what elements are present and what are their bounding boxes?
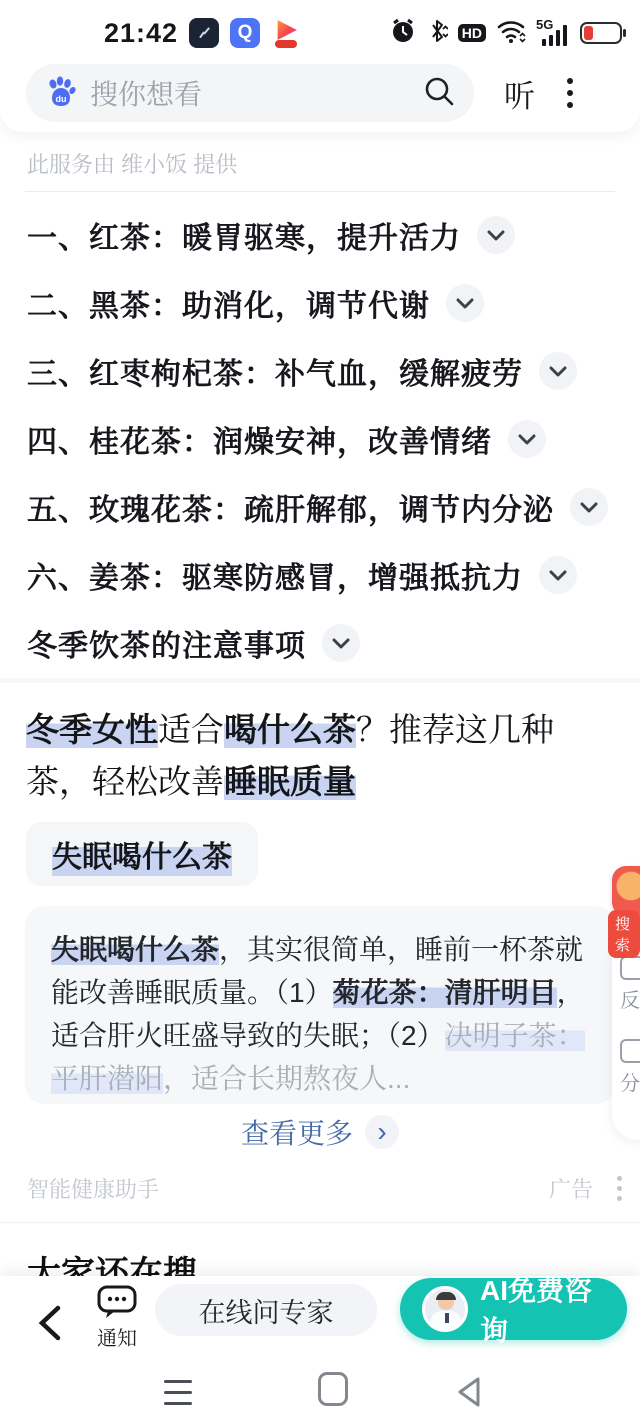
status-bar-right: HD 5G <box>390 18 622 49</box>
svg-text:du: du <box>56 94 67 104</box>
feedback-icon <box>620 956 640 980</box>
doctor-avatar <box>422 1286 468 1332</box>
list-item-label: 四、桂花茶：润燥安神，改善情绪 <box>27 417 492 461</box>
red-packet-float-icon[interactable] <box>612 866 640 916</box>
ai-consult-button[interactable]: AI免费咨询 <box>400 1278 627 1340</box>
list-item[interactable]: 三、红枣枸杞茶：补气血，缓解疲劳 <box>27 337 622 405</box>
result-menu-icon[interactable] <box>613 1172 626 1205</box>
list-item-label: 二、黑茶：助消化，调节代谢 <box>27 281 430 325</box>
android-back-button[interactable] <box>452 1374 486 1415</box>
divider <box>25 191 615 192</box>
list-item[interactable]: 冬季饮茶的注意事项 <box>27 609 622 677</box>
list-item-label: 六、姜茶：驱寒防感冒，增强抵抗力 <box>27 553 523 597</box>
list-item-label: 冬季饮茶的注意事项 <box>27 621 306 665</box>
search-placeholder: 搜你想看 <box>90 73 422 113</box>
search-row: du 搜你想看 听 <box>26 64 624 122</box>
chevron-down-icon[interactable] <box>446 284 484 322</box>
title-keyword: 喝什么茶 <box>224 711 356 748</box>
battery-low-icon <box>580 22 622 44</box>
result-source: 智能健康助手 <box>27 1173 159 1204</box>
chevron-down-icon[interactable] <box>570 488 608 526</box>
topic-tag-button[interactable]: 失眠喝什么茶 <box>26 822 258 886</box>
chevron-down-icon[interactable] <box>539 352 577 390</box>
signal-5g-icon: 5G <box>536 20 570 46</box>
share-button[interactable]: 分 <box>620 1039 640 1096</box>
list-item-label: 一、红茶：暖胃驱寒，提升活力 <box>27 213 461 257</box>
notifications-button[interactable]: 通知 <box>84 1284 150 1351</box>
article-snippet-card[interactable]: 失眠喝什么茶，其实很简单，睡前一杯茶就能改善睡眠质量。（1）菊花茶：清肝明目，适… <box>25 906 615 1104</box>
service-provider-note: 此服务由 维小饭 提供 <box>27 148 237 179</box>
status-bar: 21:42 Q HD 5G <box>0 14 640 52</box>
video-app-notification-icon <box>271 18 301 48</box>
ad-badge: 广告 <box>549 1173 593 1204</box>
snippet-text-faded: ，适合长期熬夜人... <box>163 1063 410 1094</box>
view-more-label: 查看更多 <box>241 1112 353 1152</box>
article-title[interactable]: 冬季女性适合喝什么茶？推荐这几种茶，轻松改善睡眠质量 <box>26 704 574 808</box>
snippet-keyword: 菊花茶：清肝明目 <box>333 977 557 1008</box>
ai-consult-label: AI免费咨询 <box>480 1269 617 1349</box>
alarm-icon <box>390 18 416 49</box>
share-icon <box>620 1039 640 1063</box>
speech-bubble-icon <box>96 1284 138 1320</box>
search-badge: 搜索 <box>608 910 640 958</box>
ask-expert-label: 在线问专家 <box>199 1291 334 1330</box>
feedback-label: 反 <box>620 984 640 1013</box>
section-separator <box>0 678 640 683</box>
hd-voice-icon: HD <box>458 24 486 42</box>
search-icon[interactable] <box>422 74 456 113</box>
divider <box>0 1222 640 1223</box>
listen-button[interactable]: 听 <box>504 71 535 116</box>
clock-app-notification-icon <box>189 18 219 48</box>
home-button[interactable] <box>318 1372 348 1406</box>
floating-tool-panel: 反 分 <box>612 934 640 1140</box>
list-item[interactable]: 一、红茶：暖胃驱寒，提升活力 <box>27 201 622 269</box>
bottom-action-bar: 通知 在线问专家 AI免费咨询 <box>0 1276 640 1422</box>
qa-accordion-list: 一、红茶：暖胃驱寒，提升活力 二、黑茶：助消化，调节代谢 三、红枣枸杞茶：补气血… <box>27 201 622 677</box>
list-item[interactable]: 五、玫瑰花茶：疏肝解郁，调节内分泌 <box>27 473 622 541</box>
snippet-keyword: 失眠喝什么茶 <box>51 934 219 965</box>
result-footer: 智能健康助手 广告 <box>27 1172 626 1205</box>
bluetooth-icon <box>426 18 448 49</box>
baidu-search-results-page: 21:42 Q HD 5G <box>0 0 640 1422</box>
overflow-menu-icon[interactable] <box>563 74 577 112</box>
list-item[interactable]: 四、桂花茶：润燥安神，改善情绪 <box>27 405 622 473</box>
feedback-button[interactable]: 反 <box>620 956 640 1013</box>
notifications-label: 通知 <box>97 1322 137 1351</box>
chevron-down-icon[interactable] <box>508 420 546 458</box>
share-label: 分 <box>620 1067 640 1096</box>
topic-tag-label: 失眠喝什么茶 <box>52 832 232 876</box>
clock-time: 21:42 <box>104 18 178 49</box>
list-item-label: 五、玫瑰花茶：疏肝解郁，调节内分泌 <box>27 485 554 529</box>
chat-app-notification-icon: Q <box>230 18 260 48</box>
header-card: 21:42 Q HD 5G <box>0 0 640 132</box>
list-item-label: 三、红枣枸杞茶：补气血，缓解疲劳 <box>27 349 523 393</box>
chevron-down-icon[interactable] <box>539 556 577 594</box>
view-more-button[interactable]: 查看更多 › <box>0 1112 640 1152</box>
android-navigation-bar <box>0 1362 640 1418</box>
back-button[interactable] <box>28 1298 70 1353</box>
chevron-right-icon: › <box>365 1115 399 1149</box>
article-snippet-text: 失眠喝什么茶，其实很简单，睡前一杯茶就能改善睡眠质量。（1）菊花茶：清肝明目，适… <box>51 928 589 1100</box>
list-item[interactable]: 六、姜茶：驱寒防感冒，增强抵抗力 <box>27 541 622 609</box>
chevron-down-icon[interactable] <box>477 216 515 254</box>
title-keyword: 睡眠质量 <box>224 763 356 800</box>
recent-apps-button[interactable] <box>160 1376 196 1409</box>
chevron-down-icon[interactable] <box>322 624 360 662</box>
search-input[interactable]: du 搜你想看 <box>26 64 474 122</box>
baidu-paw-icon: du <box>44 74 78 113</box>
list-item[interactable]: 二、黑茶：助消化，调节代谢 <box>27 269 622 337</box>
ask-expert-button[interactable]: 在线问专家 <box>155 1284 377 1336</box>
title-keyword: 冬季女性 <box>26 711 158 748</box>
status-bar-left: 21:42 Q <box>104 18 301 49</box>
title-text: 适合 <box>158 711 224 748</box>
wifi-icon <box>496 18 526 49</box>
